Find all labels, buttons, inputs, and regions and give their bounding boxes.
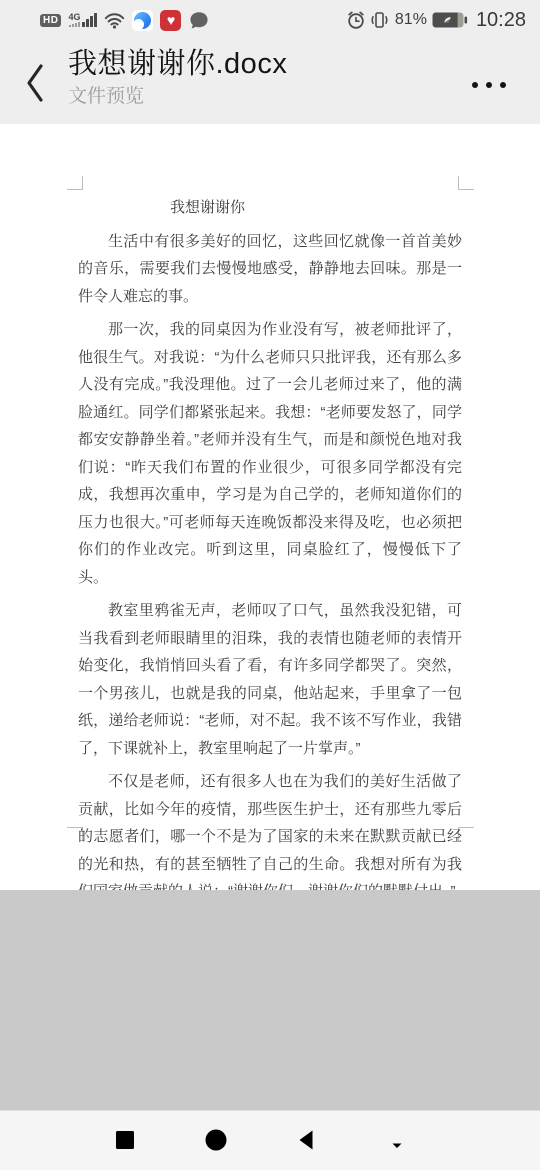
alarm-icon <box>346 10 366 30</box>
status-left-icons: HD 4G ♥ <box>40 0 210 40</box>
hide-navbar-icon[interactable] <box>384 1127 410 1153</box>
preview-backdrop <box>0 890 540 1110</box>
browser-app-icon <box>132 10 153 31</box>
document-paragraph: 那一次，我的同桌因为作业没有写，被老师批评了，他很生气。对我说：“为什么老师只只… <box>78 316 462 591</box>
wifi-icon <box>104 12 125 29</box>
home-circle-icon[interactable] <box>203 1127 229 1153</box>
back-button[interactable] <box>22 62 48 104</box>
hd-label: HD <box>43 15 58 26</box>
battery-saver-icon <box>432 11 468 29</box>
recents-square-icon[interactable] <box>112 1127 138 1153</box>
back-triangle-icon[interactable] <box>294 1127 320 1153</box>
document-title: 我想谢谢你 <box>170 194 462 222</box>
message-bubble-icon <box>188 10 210 30</box>
file-title: 我想谢谢你.docx <box>68 46 287 82</box>
status-bar: HD 4G ♥ <box>0 0 540 40</box>
document-paragraph: 教室里鸦雀无声，老师叹了口气，虽然我没犯错，可当我看到老师眼睛里的泪珠，我的表情… <box>78 597 462 762</box>
page-corner-mark <box>458 176 474 190</box>
hd-icon: HD <box>40 14 61 27</box>
status-right-icons: 81% 10:28 <box>346 0 526 40</box>
document-paragraph: 不仅是老师，还有很多人也在为我们的美好生活做了贡献，比如今年的疫情，那些医生护士… <box>78 768 462 906</box>
heart-app-icon: ♥ <box>160 10 181 31</box>
status-time: 10:28 <box>476 9 526 32</box>
page-corner-mark <box>67 176 83 190</box>
document-paragraph: 生活中有很多美好的回忆，这些回忆就像一首首美妙的音乐，需要我们去慢慢地感受，静静… <box>78 228 462 311</box>
battery-percent: 81% <box>395 11 427 29</box>
header-text: 我想谢谢你.docx 文件预览 <box>68 46 287 110</box>
signal-4g-icon: 4G <box>68 13 97 27</box>
more-options-button[interactable] <box>468 78 510 92</box>
vibrate-icon <box>371 10 388 30</box>
chevron-left-icon <box>29 66 41 100</box>
app-header: 我想谢谢你.docx 文件预览 <box>0 40 540 124</box>
network-label: 4G <box>68 13 80 22</box>
more-dots-icon <box>472 82 478 88</box>
navigation-bar <box>0 1110 540 1170</box>
phone-screen: HD 4G ♥ <box>0 0 540 1170</box>
file-preview-label: 文件预览 <box>68 84 287 110</box>
document-preview[interactable]: 我想谢谢你 生活中有很多美好的回忆，这些回忆就像一首首美妙的音乐，需要我们去慢慢… <box>0 124 540 890</box>
document-body: 我想谢谢你 生活中有很多美好的回忆，这些回忆就像一首首美妙的音乐，需要我们去慢慢… <box>78 194 462 912</box>
